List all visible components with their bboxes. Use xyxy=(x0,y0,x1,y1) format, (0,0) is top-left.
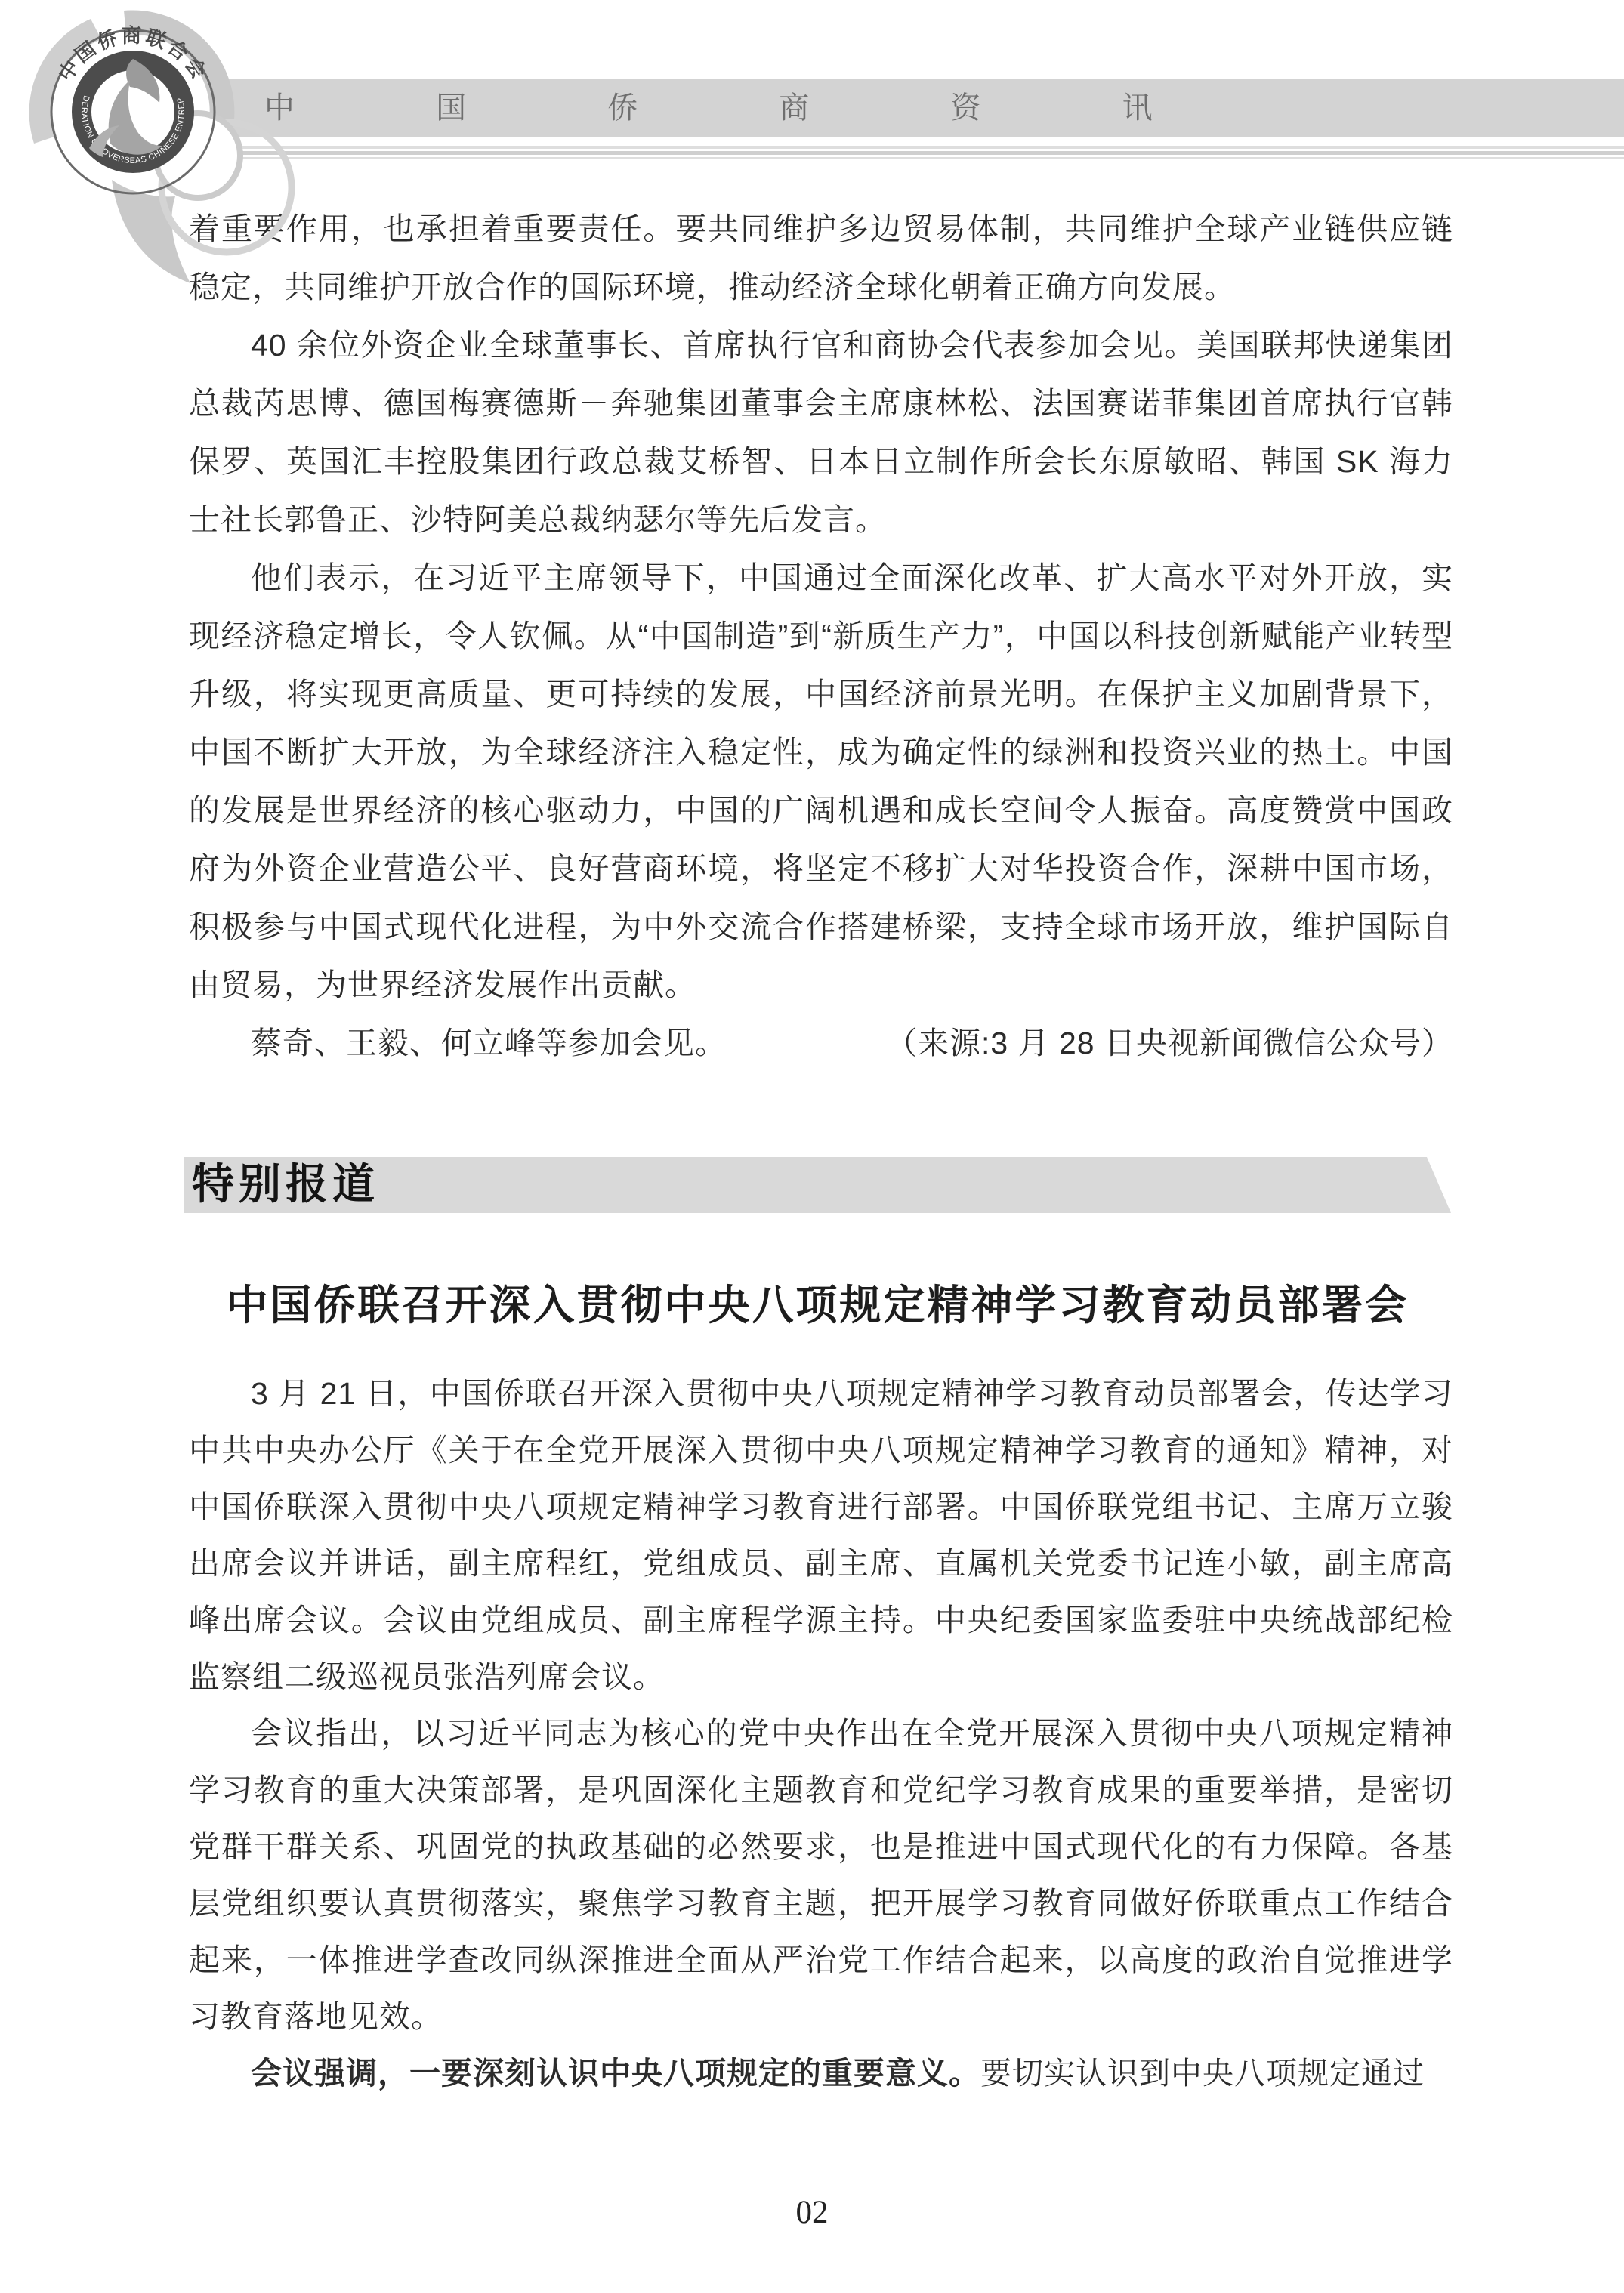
body-paragraph: 着重要作用，也承担着重要责任。要共同维护多边贸易体制，共同维护全球产业链供应链稳… xyxy=(189,200,1453,316)
body-paragraph: 会议指出，以习近平同志为核心的党中央作出在全党开展深入贯彻中央八项规定精神学习教… xyxy=(189,1705,1453,2045)
federation-emblem-icon: 中国侨商联合会 CHINA FEDERATION OF OVERSEAS CHI… xyxy=(0,0,355,325)
paragraph-bold-lead: 会议强调，一要深刻认识中央八项规定的重要意义。 xyxy=(251,2056,980,2091)
article1-body: 着重要作用，也承担着重要责任。要共同维护多边贸易体制，共同维护全球产业链供应链稳… xyxy=(189,200,1453,1072)
body-paragraph: 40 余位外资企业全球董事长、首席执行官和商协会代表参加会见。美国联邦快递集团总… xyxy=(189,316,1453,549)
header-divider-stripes xyxy=(219,146,1624,159)
article-title: 中国侨联召开深入贯彻中央八项规定精神学习教育动员部署会 xyxy=(184,1272,1451,1332)
masthead-title: 中 国 侨 商 资 讯 xyxy=(264,79,1219,137)
article2-body: 3 月 21 日，中国侨联召开深入贯彻中央八项规定精神学习教育动员部署会，传达学… xyxy=(189,1366,1453,2102)
closing-line: 蔡奇、王毅、何立峰等参加会见。 （来源:3 月 28 日央视新闻微信公众号） xyxy=(189,1014,1453,1072)
federation-emblem-logo: 中国侨商联合会 CHINA FEDERATION OF OVERSEAS CHI… xyxy=(0,0,355,325)
body-paragraph: 3 月 21 日，中国侨联召开深入贯彻中央八项规定精神学习教育动员部署会，传达学… xyxy=(189,1366,1453,1705)
body-paragraph: 会议强调，一要深刻认识中央八项规定的重要意义。要切实认识到中央八项规定通过 xyxy=(189,2045,1453,2102)
source-note: （来源:3 月 28 日央视新闻微信公众号） xyxy=(886,1014,1453,1072)
body-paragraph: 蔡奇、王毅、何立峰等参加会见。 xyxy=(189,1014,727,1072)
page-number: 02 xyxy=(0,2194,1624,2231)
paragraph-rest: 要切实认识到中央八项规定通过 xyxy=(980,2056,1425,2091)
body-paragraph: 他们表示，在习近平主席领导下，中国通过全面深化改革、扩大高水平对外开放，实现经济… xyxy=(189,549,1453,1014)
newsletter-page: 中 国 侨 商 资 讯 中国侨商联合会 CHINA FEDER xyxy=(0,0,1624,2293)
section-label: 特别报道 xyxy=(192,1157,379,1213)
